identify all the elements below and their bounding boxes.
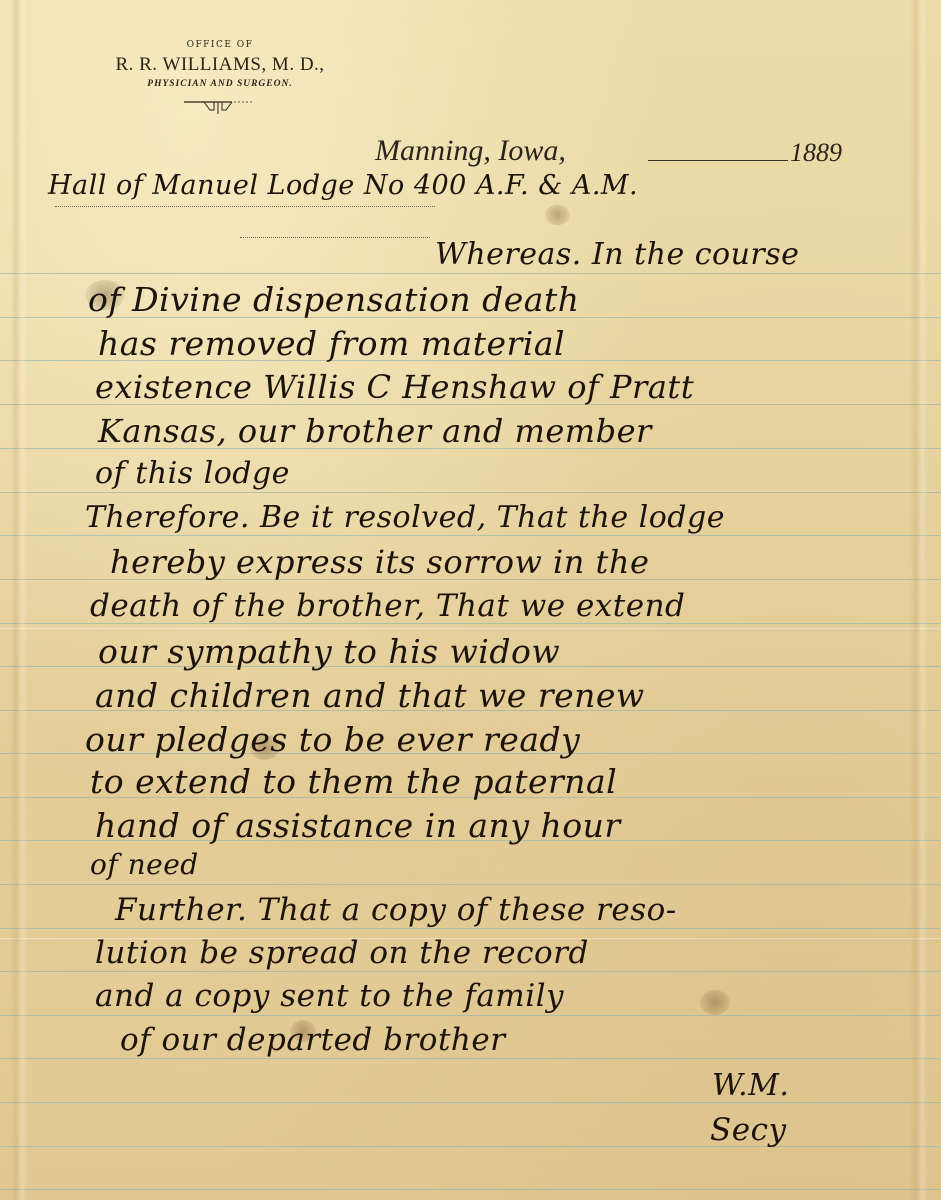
date-blank-line xyxy=(648,160,788,161)
body-line: hand of assistance in any hour xyxy=(95,806,621,845)
body-line: hereby express its sorrow in the xyxy=(110,543,649,581)
rule-line xyxy=(0,1146,941,1147)
ink-stain xyxy=(700,990,730,1015)
body-line: Kansas, our brother and member xyxy=(98,412,652,450)
body-line: and a copy sent to the family xyxy=(95,978,564,1014)
signature-role: Secy xyxy=(710,1112,786,1148)
body-line: lution be spread on the record xyxy=(95,935,589,971)
lodge-heading: Hall of Manuel Lodge No 400 A.F. & A.M. xyxy=(48,170,638,201)
body-line: of need xyxy=(90,848,199,881)
body-line: of our departed brother xyxy=(120,1022,506,1058)
body-line: of Divine dispensation death xyxy=(88,280,579,319)
body-line: has removed from material xyxy=(98,324,565,363)
paper-fold-vertical xyxy=(10,0,28,1200)
rule-line xyxy=(0,273,941,274)
dateline-year: 1889 xyxy=(790,138,842,168)
body-line: our sympathy to his widow xyxy=(98,632,560,671)
body-line: Whereas. In the course xyxy=(435,237,799,272)
letter-page: OFFICE OF R. R. WILLIAMS, M. D., PHYSICI… xyxy=(0,0,941,1200)
paper-fold xyxy=(0,628,941,631)
dateline-place: Manning, Iowa, xyxy=(375,134,566,168)
ornament-icon xyxy=(180,99,260,117)
body-line: Therefore. Be it resolved, That the lodg… xyxy=(85,500,725,535)
rule-line xyxy=(0,884,941,885)
body-line: to extend to them the paternal xyxy=(90,762,617,801)
signature-initials: W.M. xyxy=(712,1068,789,1103)
ink-stain xyxy=(545,205,570,225)
letterhead-office-of: OFFICE OF xyxy=(100,40,340,50)
dotted-rule xyxy=(240,237,430,238)
rule-line xyxy=(0,1102,941,1103)
body-line: existence Willis C Henshaw of Pratt xyxy=(95,368,694,406)
rule-line xyxy=(0,535,941,536)
rule-line xyxy=(0,1015,941,1016)
rule-line xyxy=(0,971,941,972)
letterhead: OFFICE OF R. R. WILLIAMS, M. D., PHYSICI… xyxy=(100,40,340,117)
rule-line xyxy=(0,1058,941,1059)
dotted-rule xyxy=(55,206,435,207)
rule-line xyxy=(0,492,941,493)
body-line: and children and that we renew xyxy=(95,676,645,715)
body-line: death of the brother, That we extend xyxy=(90,588,685,624)
body-line: our pledges to be ever ready xyxy=(85,720,580,759)
letterhead-title: PHYSICIAN AND SURGEON. xyxy=(100,79,340,89)
paper-fold-vertical xyxy=(910,0,928,1200)
letterhead-name: R. R. WILLIAMS, M. D., xyxy=(100,54,340,76)
body-line: of this lodge xyxy=(95,456,290,491)
body-line: Further. That a copy of these reso- xyxy=(115,892,677,928)
rule-line xyxy=(0,928,941,929)
rule-line xyxy=(0,1189,941,1190)
